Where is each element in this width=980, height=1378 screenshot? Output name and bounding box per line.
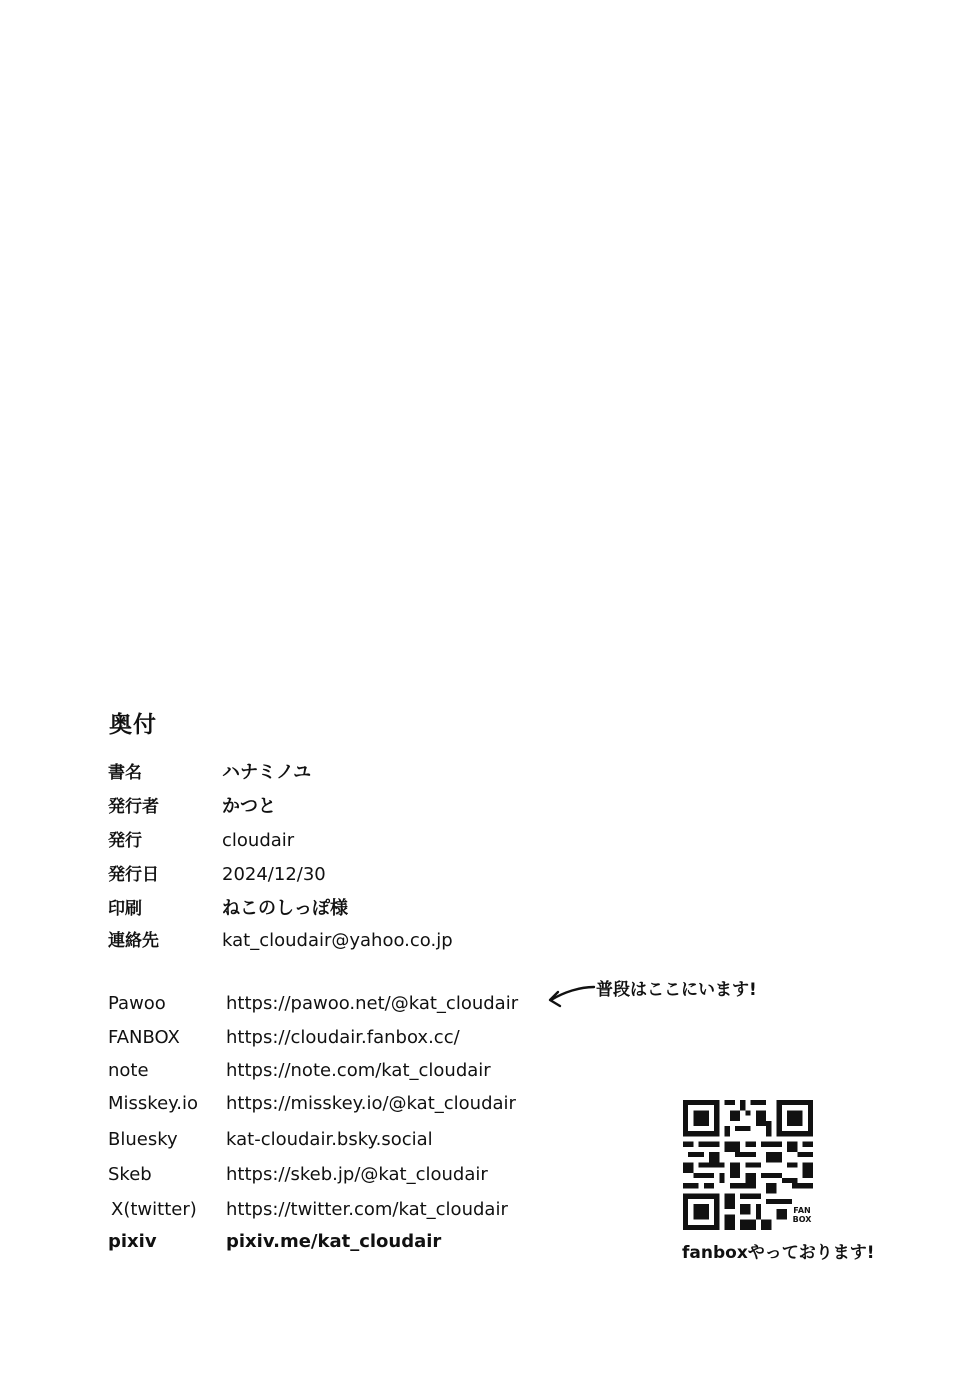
link-label: FANBOX bbox=[108, 1026, 180, 1050]
link-label: Misskey.io bbox=[108, 1092, 198, 1116]
fanbox-logo-badge: FAN BOX bbox=[791, 1206, 813, 1224]
link-url[interactable]: https://skeb.jp/@kat_cloudair bbox=[226, 1163, 488, 1187]
annotation-note: 普段はここにいます! bbox=[596, 975, 757, 1000]
info-value: かつと bbox=[222, 795, 276, 819]
info-label: 連絡先 bbox=[108, 929, 159, 953]
link-url[interactable]: https://note.com/kat_cloudair bbox=[226, 1059, 491, 1083]
info-value: ハナミノユ bbox=[222, 761, 311, 785]
link-label: X(twitter) bbox=[111, 1198, 197, 1222]
info-label: 発行者 bbox=[108, 795, 159, 819]
info-label: 発行 bbox=[108, 829, 142, 853]
link-url[interactable]: https://pawoo.net/@kat_cloudair bbox=[226, 992, 518, 1016]
info-value: 2024/12/30 bbox=[222, 863, 326, 887]
link-url[interactable]: https://twitter.com/kat_cloudair bbox=[226, 1198, 508, 1222]
badge-line: BOX bbox=[791, 1215, 813, 1224]
link-label: Pawoo bbox=[108, 992, 166, 1016]
link-url[interactable]: pixiv.me/kat_cloudair bbox=[226, 1230, 441, 1254]
link-url[interactable]: kat-cloudair.bsky.social bbox=[226, 1128, 433, 1152]
info-value: cloudair bbox=[222, 829, 294, 853]
link-label: Bluesky bbox=[108, 1128, 178, 1152]
qr-caption: fanboxやっております! bbox=[682, 1238, 875, 1263]
contact-email[interactable]: kat_cloudair@yahoo.co.jp bbox=[222, 929, 453, 953]
info-label: 発行日 bbox=[108, 863, 159, 887]
link-url[interactable]: https://cloudair.fanbox.cc/ bbox=[226, 1026, 460, 1050]
info-label: 印刷 bbox=[108, 897, 142, 921]
link-label: Skeb bbox=[108, 1163, 152, 1187]
hand-drawn-arrow-icon bbox=[546, 983, 596, 1011]
link-label: note bbox=[108, 1059, 149, 1083]
link-label: pixiv bbox=[108, 1230, 157, 1254]
badge-line: FAN bbox=[791, 1206, 813, 1215]
info-value: ねこのしっぽ様 bbox=[222, 897, 348, 921]
info-label: 書名 bbox=[108, 761, 142, 785]
colophon-title: 奥付 bbox=[109, 706, 157, 739]
link-url[interactable]: https://misskey.io/@kat_cloudair bbox=[226, 1092, 516, 1116]
